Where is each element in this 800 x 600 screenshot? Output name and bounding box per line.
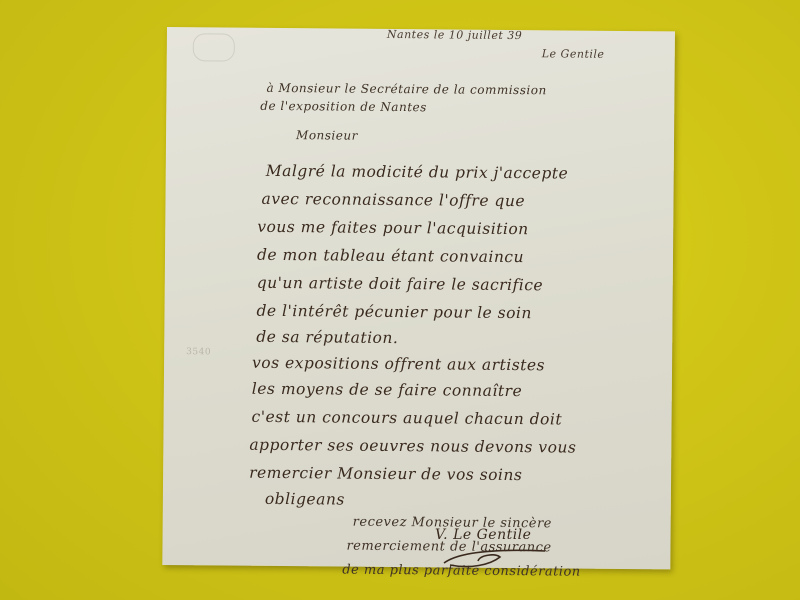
body-line: de sa réputation.: [256, 328, 398, 347]
body-line: avec reconnaissance l'offre que: [261, 190, 525, 210]
body-line: vous me faites pour l'acquisition: [257, 218, 529, 238]
body-line: vos expositions offrent aux artistes: [252, 354, 545, 375]
salutation: Monsieur: [296, 128, 358, 143]
address-line-2: de l'exposition de Nantes: [260, 99, 427, 114]
signature: V. Le Gentile: [435, 527, 531, 543]
body-line: Malgré la modicité du prix j'accepte: [266, 162, 569, 183]
body-line: de l'intérêt pécunier pour le soin: [256, 302, 532, 322]
body-line: apporter ses oeuvres nous devons vous: [249, 436, 576, 457]
address-line-1: à Monsieur le Secrétaire de la commissio…: [266, 81, 546, 97]
dateline: Nantes le 10 juillet 39: [387, 28, 522, 42]
body-line: c'est un concours auquel chacun doit: [252, 408, 563, 429]
sender-header: Le Gentile: [542, 47, 605, 61]
body-line: de mon tableau étant convaincu: [257, 246, 524, 266]
body-line: obligeans: [265, 490, 345, 509]
body-line: les moyens de se faire connaître: [252, 380, 522, 400]
body-line: qu'un artiste doit faire le sacrifice: [257, 274, 543, 294]
letter-paper: Nantes le 10 juillet 39 Le Gentile à Mon…: [162, 27, 675, 569]
body-line: remercier Monsieur de vos soins: [249, 464, 522, 484]
pencil-note: 3540: [186, 347, 211, 357]
signature-flourish-icon: [440, 543, 550, 569]
